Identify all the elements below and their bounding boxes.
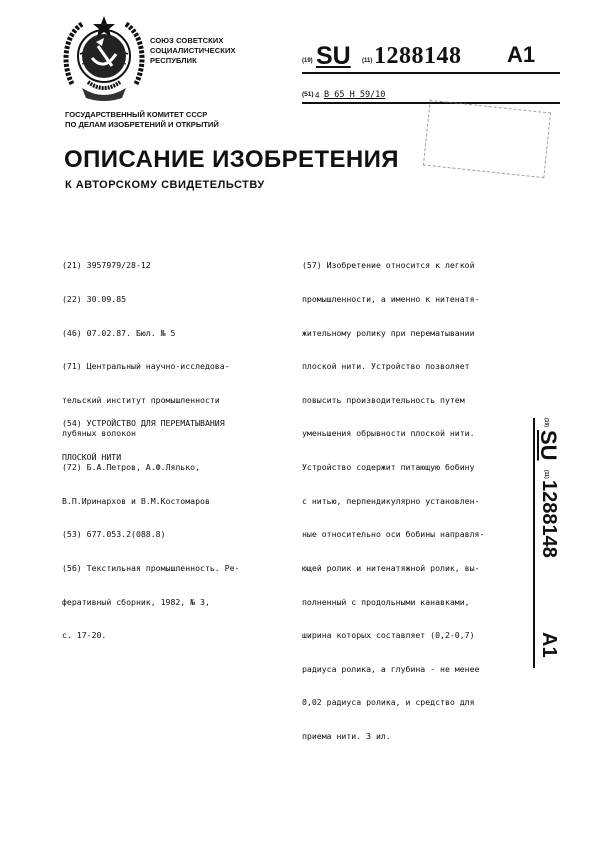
biblio-line: (21) 3957979/28-12 xyxy=(62,260,239,271)
country-line: СОЮЗ СОВЕТСКИХ xyxy=(150,36,236,46)
invention-title: (54) УСТРОЙСТВО ДЛЯ ПЕРЕМАТЫВАНИЯ ПЛОСКО… xyxy=(62,396,225,474)
ussr-emblem xyxy=(62,14,146,102)
title-line: ПЛОСКОЙ НИТИ xyxy=(62,452,225,463)
side-publication-number: 1288148 xyxy=(537,480,560,558)
side-code-19: (19) xyxy=(543,418,549,427)
biblio-line: (22) 30.09.85 xyxy=(62,294,239,305)
biblio-line: (56) Текстильная промышленность. Ре- xyxy=(62,563,239,574)
code-11-label: (11) xyxy=(362,58,372,64)
document-title: ОПИСАНИЕ ИЗОБРЕТЕНИЯ xyxy=(64,146,399,174)
side-publication-label: (19) SU (11) 1288148 A1 xyxy=(535,418,559,668)
biblio-line: В.П.Иринархов и В.М.Костомаров xyxy=(62,496,239,507)
code-19-label: (19) xyxy=(302,58,313,64)
side-kind-code: A1 xyxy=(537,632,560,658)
library-stamp xyxy=(423,100,551,178)
biblio-line: (53) 677.053.2(088.8) xyxy=(62,529,239,540)
ipc-class: B 65 H 59/10 xyxy=(324,90,385,100)
abstract-line: (57) Изобретение относится к легкой xyxy=(302,260,484,271)
abstract-line: ширина которых составляет (0,2-0,7) xyxy=(302,630,484,641)
abstract-line: плоской нити. Устройство позволяет xyxy=(302,361,484,372)
abstract-line: ные относительно оси бобины направля- xyxy=(302,529,484,540)
abstract-line: приема нити. 3 ил. xyxy=(302,731,484,742)
committee-line: ПО ДЕЛАМ ИЗОБРЕТЕНИЙ И ОТКРЫТИЙ xyxy=(65,120,219,130)
side-code-11: (11) xyxy=(543,470,549,479)
abstract-line: жительному ролику при перематывании xyxy=(302,328,484,339)
abstract-line: промышленности, а именно к нитенатя- xyxy=(302,294,484,305)
country-line: СОЦИАЛИСТИЧЕСКИХ xyxy=(150,46,236,56)
publication-number-block: (19) SU (11) 1288148 A1 xyxy=(302,44,560,74)
abstract: (57) Изобретение относится к легкой пром… xyxy=(302,238,484,753)
abstract-line: уменьшения обрывности плоской нити. xyxy=(302,428,484,439)
kind-code: A1 xyxy=(507,42,535,68)
title-line: (54) УСТРОЙСТВО ДЛЯ ПЕРЕМАТЫВАНИЯ xyxy=(62,418,225,429)
biblio-line: (46) 07.02.87. Бюл. № 5 xyxy=(62,328,239,339)
abstract-line: Устройство содержит питающую бобину xyxy=(302,462,484,473)
biblio-line: (71) Центральный научно-исследова- xyxy=(62,361,239,372)
country-line: РЕСПУБЛИК xyxy=(150,56,236,66)
country-code: SU xyxy=(316,42,351,71)
committee-line: ГОСУДАРСТВЕННЫЙ КОМИТЕТ СССР xyxy=(65,110,219,120)
abstract-line: с нитью, перпендикулярно установлен- xyxy=(302,496,484,507)
country-name: СОЮЗ СОВЕТСКИХ СОЦИАЛИСТИЧЕСКИХ РЕСПУБЛИ… xyxy=(150,36,236,66)
abstract-line: радиуса ролика, а глубина - не менее xyxy=(302,664,484,675)
biblio-line: с. 17-20. xyxy=(62,630,239,641)
code-51-label: (51) xyxy=(302,91,314,98)
committee-name: ГОСУДАРСТВЕННЫЙ КОМИТЕТ СССР ПО ДЕЛАМ ИЗ… xyxy=(65,110,219,130)
abstract-line: 0,02 радиуса ролика, и средство для xyxy=(302,697,484,708)
abstract-line: повысить производительность путем xyxy=(302,395,484,406)
publication-number: 1288148 xyxy=(374,43,462,70)
abstract-line: полненный с продольными канавками, xyxy=(302,597,484,608)
abstract-line: ющей ролик и нитенатяжной ролик, вы- xyxy=(302,563,484,574)
side-country-code: SU xyxy=(535,430,561,461)
ipc-edition: 4 xyxy=(315,91,319,100)
document-subtitle: К АВТОРСКОМУ СВИДЕТЕЛЬСТВУ xyxy=(65,179,265,191)
biblio-line: феративный сборник, 1982, № 3, xyxy=(62,597,239,608)
